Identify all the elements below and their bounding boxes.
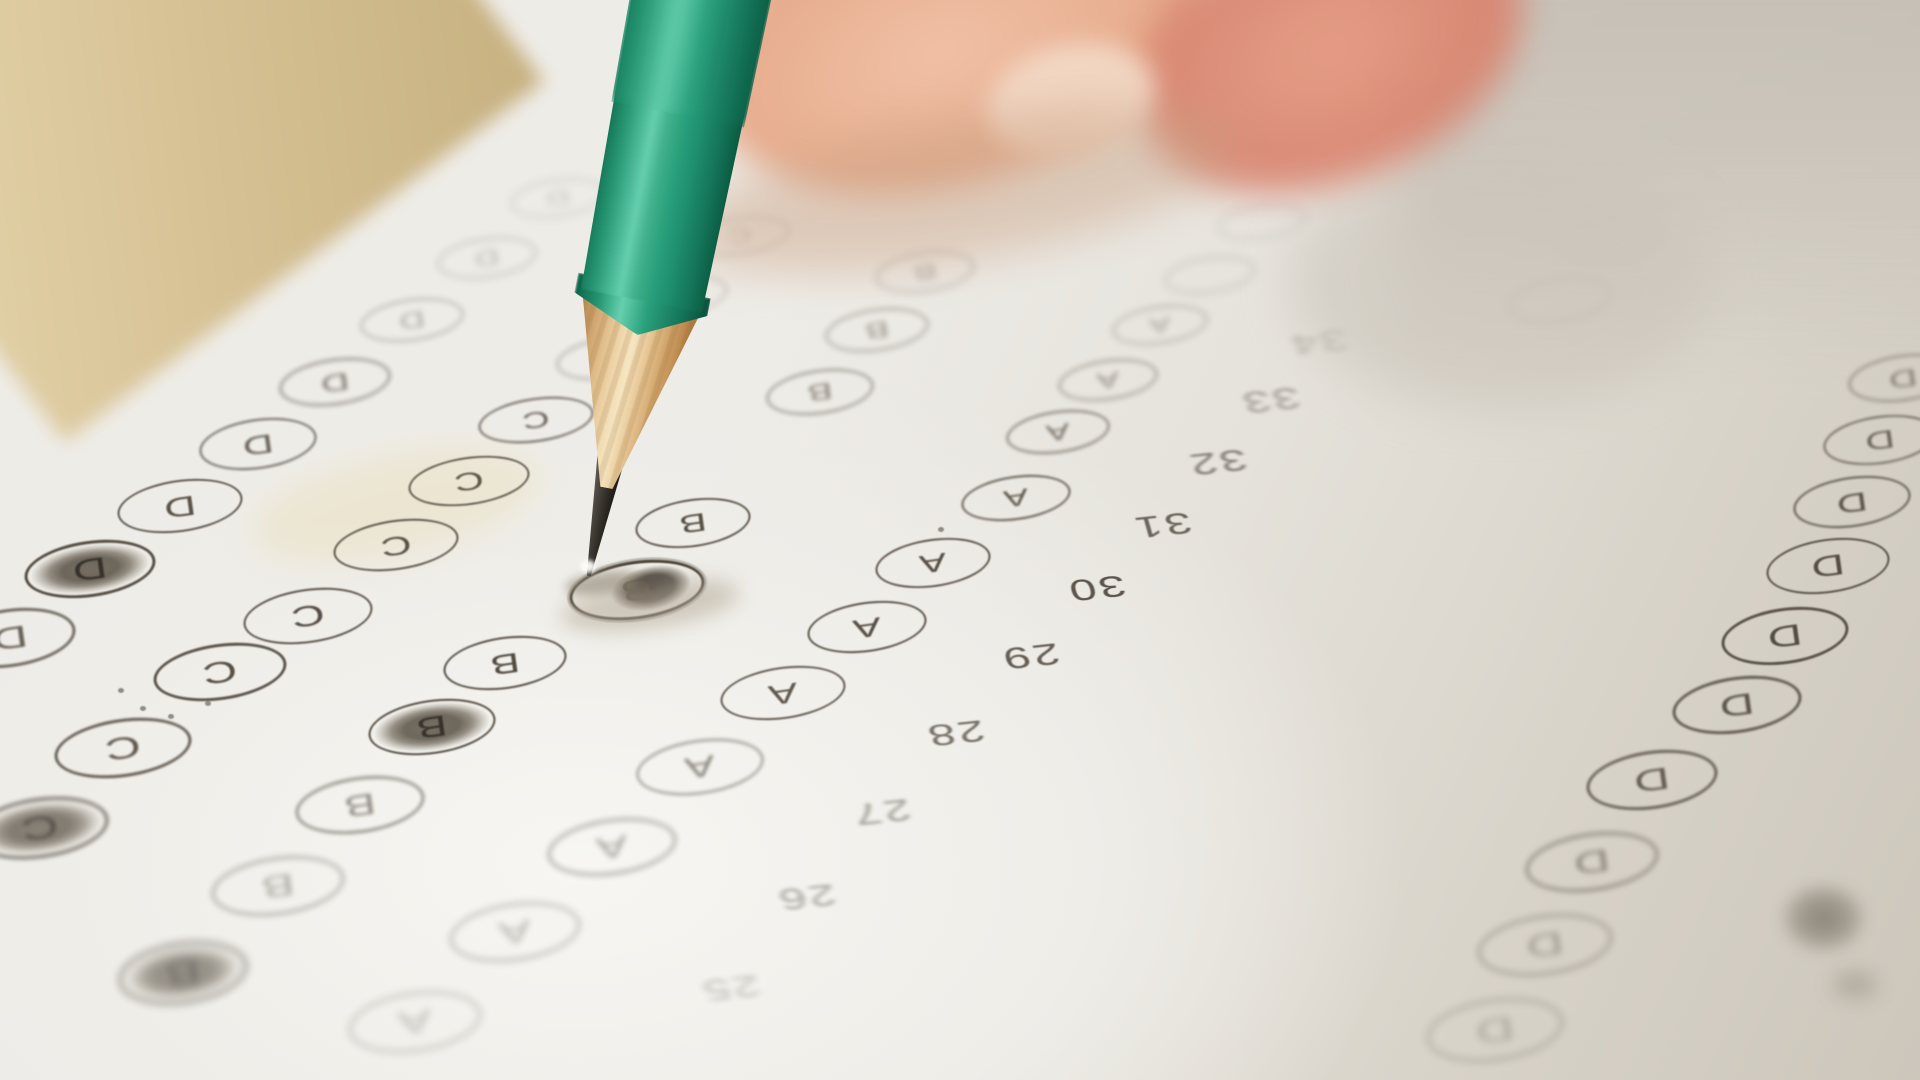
- bubble-option-letter: D: [280, 362, 391, 403]
- answer-bubble-a: A: [633, 731, 767, 802]
- paper-speck: [168, 714, 174, 719]
- answer-bubble-c: C: [51, 710, 196, 787]
- bubble-option-letter: D: [200, 422, 317, 466]
- bubble-option-letter: A: [450, 907, 579, 956]
- answer-bubble-d: D: [435, 231, 540, 285]
- answer-bubble-d: D: [1790, 469, 1914, 535]
- question-number: 28: [921, 713, 989, 753]
- bubble-option-letter: D: [361, 301, 463, 338]
- bubble-option-letter: A: [808, 605, 927, 649]
- bubble-option-letter: D: [1766, 542, 1889, 589]
- answer-bubble-d: D: [196, 411, 320, 477]
- answer-bubble-blurred: [1162, 251, 1258, 299]
- answer-bubble-b-filled: B: [365, 691, 499, 762]
- photo-scene: DDDDDDDDCCCCCCCCCCBBBBBBBBBBAAAAAAAAAAAD…: [0, 0, 1920, 1080]
- answer-bubble-c: C: [240, 580, 376, 652]
- paper-speck: [118, 688, 124, 693]
- answer-bubble-a: A: [1110, 300, 1210, 351]
- bubble-option-letter: B: [826, 311, 928, 348]
- bubble-option-letter: B: [296, 781, 423, 829]
- answer-bubble-d: D: [276, 351, 393, 412]
- bubble-option-letter: A: [349, 997, 480, 1048]
- bubble-option-letter: D: [0, 613, 75, 662]
- paper-speck: [938, 527, 944, 532]
- answer-bubble-b: B: [292, 768, 429, 842]
- answer-bubble-d: D: [1718, 599, 1853, 672]
- answer-bubble-d: D: [114, 471, 246, 540]
- answer-bubble-c: C: [150, 635, 290, 709]
- bubble-option-letter: D: [438, 240, 536, 275]
- answer-bubble-a: A: [1004, 404, 1113, 460]
- bubble-option-letter: D: [25, 545, 154, 593]
- bubble-option-letter: C: [154, 648, 285, 697]
- answer-bubble-a: A: [1056, 353, 1161, 407]
- bubble-option-letter: D: [1478, 919, 1611, 970]
- bubble-option-letter: C: [55, 723, 190, 773]
- bubble-option-letter: A: [962, 478, 1070, 517]
- answer-bubble-d: D: [1583, 742, 1722, 818]
- question-number: 25: [696, 968, 764, 1008]
- answer-bubble-d: D: [0, 600, 79, 676]
- bubble-option-letter: B: [119, 947, 247, 999]
- bubble-option-letter: B: [444, 640, 567, 686]
- bubble-option-letter: A: [1113, 308, 1207, 342]
- bubble-option-letter: D: [1673, 681, 1800, 729]
- answer-bubble-d: D: [1422, 990, 1567, 1071]
- answer-bubble-blurred: [1215, 199, 1309, 245]
- paper-speck: [140, 706, 146, 711]
- graphite-smudge: [1824, 964, 1886, 1006]
- answer-bubble-a: A: [872, 531, 994, 595]
- bubble-option-letter: D: [1427, 1004, 1563, 1057]
- bubble-option-letter: A: [1007, 413, 1109, 450]
- bubble-option-letter: C: [243, 592, 372, 640]
- answer-bubble-b: B: [440, 629, 570, 698]
- answer-bubble-b-filled: B: [114, 933, 251, 1012]
- answer-bubble-a: A: [804, 594, 930, 660]
- answer-bubble-d: D: [1669, 668, 1806, 742]
- answer-bubble-c-filled: C: [0, 789, 113, 868]
- bubble-option-letter: A: [548, 823, 675, 871]
- answer-bubble-d: D: [358, 292, 467, 348]
- question-number: 33: [1236, 380, 1304, 420]
- question-number: 29: [996, 636, 1064, 676]
- answer-bubble-b: B: [823, 302, 932, 358]
- bubble-option-letter: A: [1059, 362, 1157, 397]
- graphite-smudge: [1776, 879, 1871, 957]
- answer-bubble-d: D: [1820, 408, 1920, 471]
- question-number: 31: [1128, 505, 1196, 545]
- answer-bubble-a: A: [344, 983, 485, 1061]
- bubble-option-letter: D: [1824, 419, 1920, 461]
- bubble-option-letter: B: [368, 703, 495, 751]
- bubble-option-letter: D: [1722, 612, 1847, 660]
- bubble-option-letter: D: [118, 483, 243, 529]
- bubble-option-letter: A: [876, 542, 991, 585]
- pencil-tip-glint: [580, 560, 596, 573]
- pencil: [514, 0, 795, 590]
- question-number: 32: [1183, 442, 1251, 482]
- answer-bubble-a: A: [446, 894, 585, 970]
- answer-bubble-a: A: [958, 469, 1073, 528]
- bubble-option-letter: C: [0, 802, 108, 854]
- answer-bubble-b: B: [208, 848, 349, 924]
- bubble-option-letter: A: [636, 743, 763, 791]
- answer-bubble-d: D: [1473, 906, 1616, 984]
- question-number: 27: [847, 792, 915, 832]
- question-number: 30: [1062, 568, 1130, 608]
- bubble-option-letter: B: [767, 372, 873, 411]
- bubble-option-letter: D: [1794, 480, 1911, 524]
- answer-bubble-d: D: [1522, 824, 1663, 900]
- answer-bubble-d-filled: D: [21, 532, 160, 606]
- answer-bubble-d: D: [1763, 531, 1893, 602]
- paper-speck: [205, 701, 211, 706]
- bubble-option-letter: D: [1526, 837, 1657, 887]
- table-surface: [0, 0, 544, 442]
- answer-bubble-b: B: [763, 363, 876, 422]
- bubble-option-letter: D: [1587, 755, 1716, 804]
- answer-bubble-a: A: [544, 810, 681, 884]
- bubble-option-letter: B: [212, 861, 343, 911]
- question-number: 26: [772, 877, 840, 917]
- answer-bubble-a: A: [717, 658, 849, 727]
- bubble-option-letter: A: [721, 670, 846, 716]
- background-blur-haze: [1290, 150, 1710, 410]
